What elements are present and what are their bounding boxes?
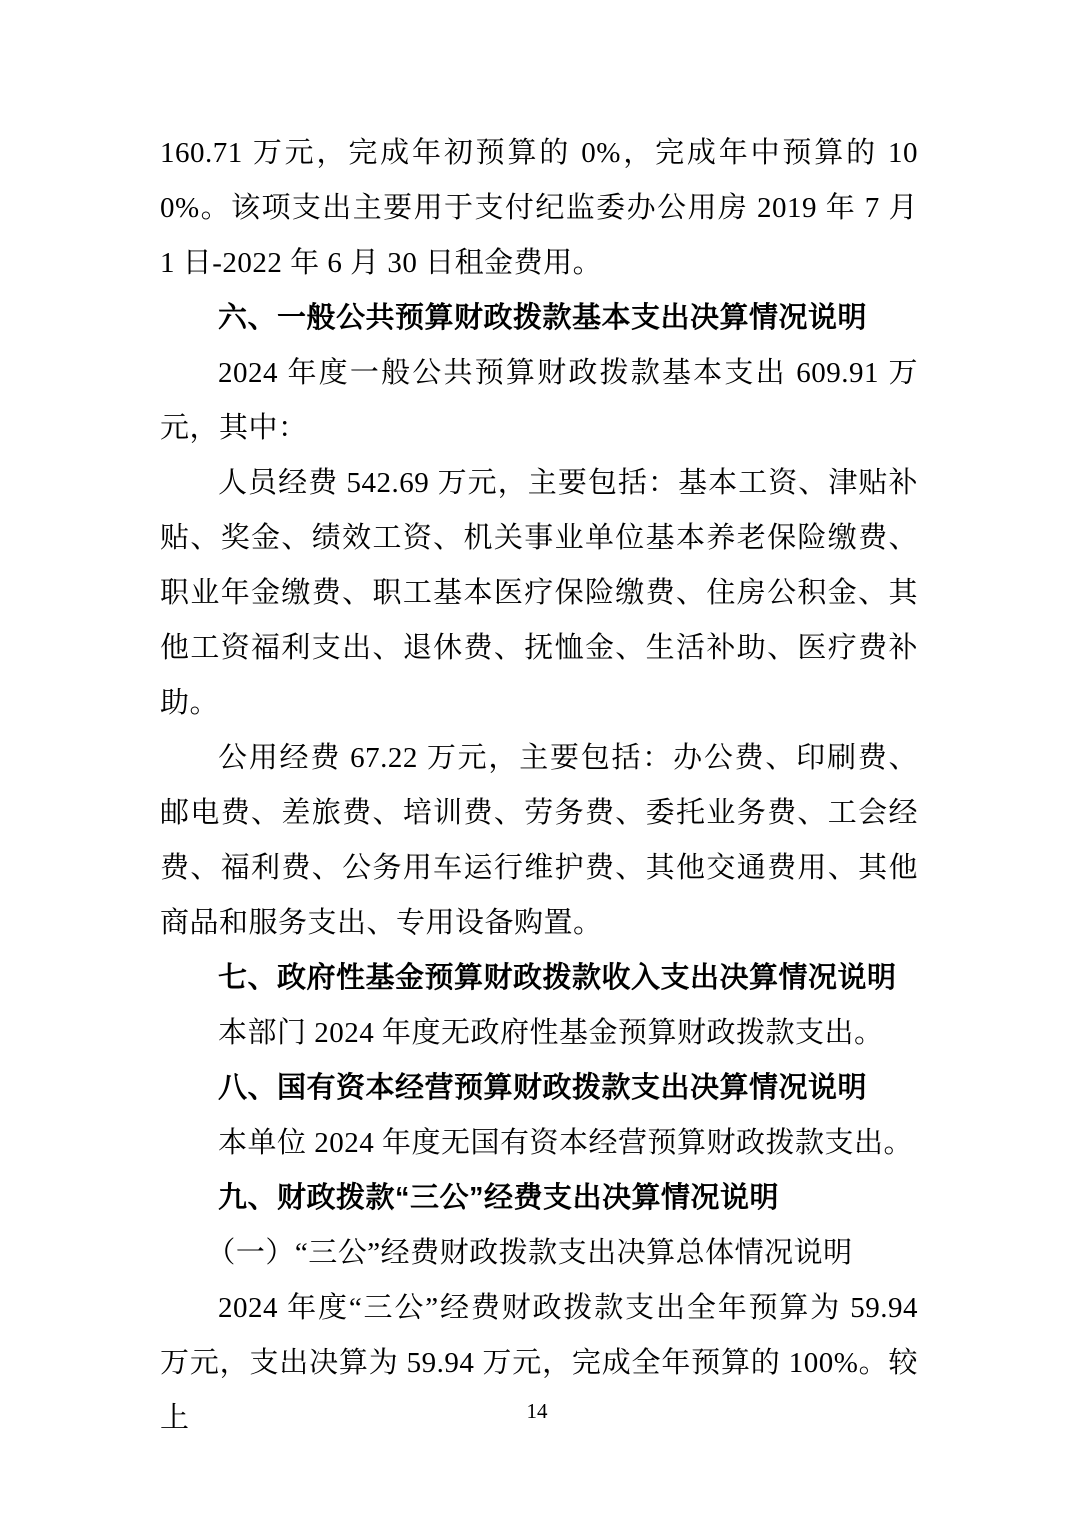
paragraph-no-state-capital-expenditure: 本单位 2024 年度无国有资本经营预算财政拨款支出。 <box>160 1116 918 1171</box>
page-number: 14 <box>0 1398 1074 1424</box>
paragraph-rent-expenditure-continuation: 160.71 万元，完成年初预算的 0%，完成年中预算的 100%。该项支出主要… <box>160 126 918 291</box>
paragraph-public-funds: 公用经费 67.22 万元，主要包括：办公费、印刷费、邮电费、差旅费、培训费、劳… <box>160 731 918 951</box>
section-heading-8-state-capital-budget: 八、国有资本经营预算财政拨款支出决算情况说明 <box>160 1061 918 1116</box>
section-heading-7-govt-fund-budget: 七、政府性基金预算财政拨款收入支出决算情况说明 <box>160 951 918 1006</box>
subheading-9-1-overall-situation: （一）“三公”经费财政拨款支出决算总体情况说明 <box>160 1226 918 1281</box>
paragraph-basic-expenditure-total: 2024 年度一般公共预算财政拨款基本支出 609.91 万元，其中： <box>160 346 918 456</box>
document-page: 160.71 万元，完成年初预算的 0%，完成年中预算的 100%。该项支出主要… <box>0 0 1074 1520</box>
paragraph-personnel-funds: 人员经费 542.69 万元，主要包括：基本工资、津贴补贴、奖金、绩效工资、机关… <box>160 456 918 731</box>
document-body: 160.71 万元，完成年初预算的 0%，完成年中预算的 100%。该项支出主要… <box>160 126 918 1446</box>
paragraph-no-govt-fund-expenditure: 本部门 2024 年度无政府性基金预算财政拨款支出。 <box>160 1006 918 1061</box>
section-heading-9-three-public-funds: 九、财政拨款“三公”经费支出决算情况说明 <box>160 1171 918 1226</box>
section-heading-6-basic-expenditure: 六、一般公共预算财政拨款基本支出决算情况说明 <box>160 291 918 346</box>
